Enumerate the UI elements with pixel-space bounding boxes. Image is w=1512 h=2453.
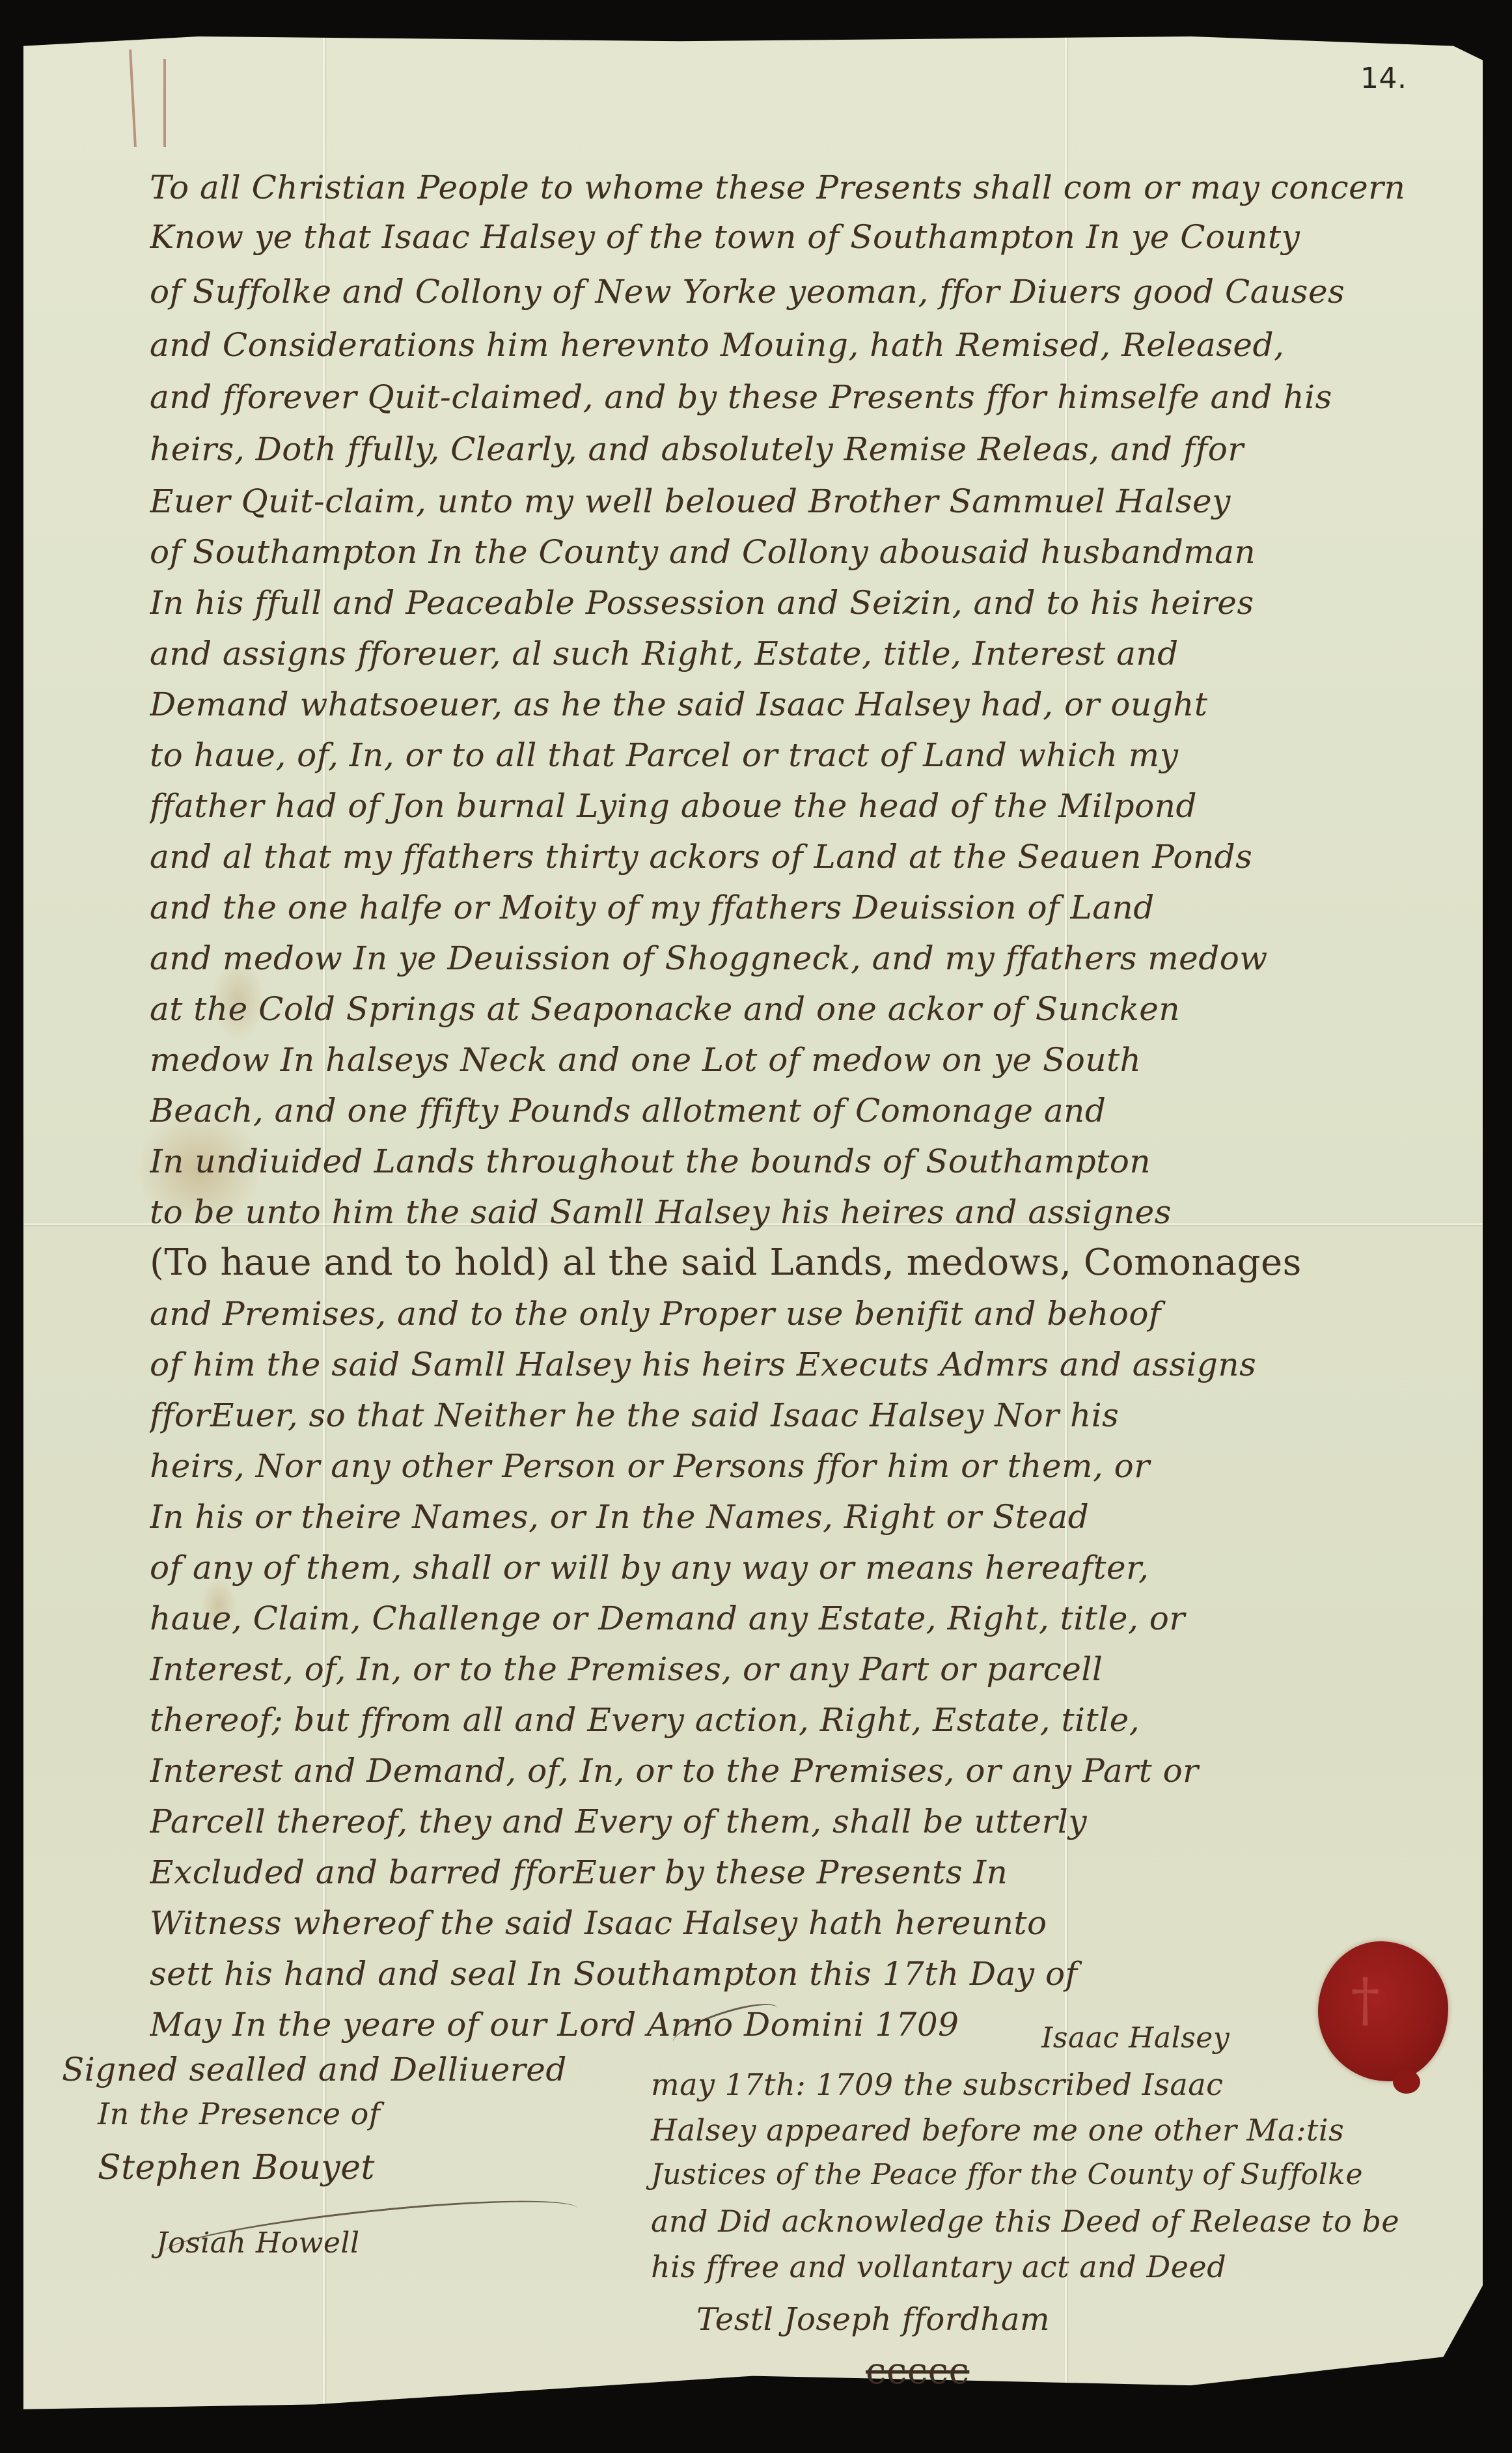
body-line: In undiuided Lands throughout the bounds…: [150, 1142, 1438, 1181]
witness-signature-stephen-bouyet: Stephen Bouyet: [98, 2148, 375, 2187]
body-line: medow In halseys Neck and one Lot of med…: [150, 1040, 1438, 1079]
habendum-clause: (To haue and to hold) al the said Lands,…: [150, 1243, 1438, 1282]
body-line: to be unto him the said Samll Halsey his…: [150, 1193, 1438, 1232]
body-line: In his ffull and Peaceable Possession an…: [150, 583, 1438, 622]
margin-rule-mark: [163, 59, 166, 147]
body-line: to haue, of, In, or to all that Parcel o…: [150, 736, 1438, 775]
body-line: Interest, of, In, or to the Premises, or…: [150, 1650, 1438, 1689]
body-line: haue, Claim, Challenge or Demand any Est…: [150, 1599, 1438, 1638]
body-line: of any of them, shall or will by any way…: [150, 1548, 1438, 1587]
attestation-signed-sealed: Signed sealled and Delliuered: [62, 2051, 567, 2088]
body-line: and al that my ffathers thirty ackors of…: [150, 837, 1438, 876]
body-line: and Considerations him herevnto Mouing, …: [150, 326, 1438, 365]
body-line: of Suffolke and Collony of New Yorke yeo…: [150, 272, 1438, 311]
body-line: Demand whatsoeuer, as he the said Isaac …: [150, 685, 1438, 724]
body-line: at the Cold Springs at Seaponacke and on…: [150, 990, 1438, 1029]
body-line: and the one halfe or Moity of my ffather…: [150, 888, 1438, 927]
body-line: Know ye that Isaac Halsey of the town of…: [150, 217, 1438, 256]
seal-drip: [1393, 2070, 1420, 2094]
folio-number: 14.: [1360, 62, 1407, 95]
justice-signature-joseph-fordham: Testl Joseph ffordham: [696, 2301, 1050, 2338]
acknowledgment-line: Justices of the Peace ffor the County of…: [651, 2158, 1363, 2191]
body-line: In his or theire Names, or In the Names,…: [150, 1497, 1438, 1536]
seal-impression-icon: †: [1351, 1966, 1380, 2034]
acknowledgment-line: his ffree and vollantary act and Deed: [651, 2249, 1226, 2284]
body-line: To all Christian People to whome these P…: [150, 168, 1438, 207]
body-line: Witness whereof the said Isaac Halsey ha…: [150, 1904, 1438, 1943]
margin-rule-mark: [129, 49, 137, 147]
body-line: Parcell thereof, they and Every of them,…: [150, 1802, 1438, 1841]
body-line: sett his hand and seal In Southampton th…: [150, 1954, 1438, 1993]
body-line: of him the said Samll Halsey his heirs E…: [150, 1345, 1438, 1384]
body-line: fforEuer, so that Neither he the said Is…: [150, 1396, 1438, 1435]
body-line: and medow In ye Deuission of Shoggneck, …: [150, 939, 1438, 978]
witness-signature-josiah-howell: Josiah Howell: [156, 2226, 360, 2260]
acknowledgment-line: Halsey appeared before me one other Ma:t…: [651, 2113, 1344, 2148]
body-line: ffather had of Jon burnal Lying aboue th…: [150, 786, 1438, 825]
attestation-presence: In the Presence of: [98, 2096, 380, 2131]
body-line: thereof; but ffrom all and Every action,…: [150, 1700, 1438, 1739]
body-line: and fforever Quit-claimed, and by these …: [150, 378, 1438, 417]
grantor-signature-isaac-halsey: Isaac Halsey: [1041, 2021, 1230, 2055]
body-line: heirs, Doth ffully, Clearly, and absolut…: [150, 430, 1438, 469]
body-line: May In the yeare of our Lord Anno Domini…: [150, 2005, 1438, 2044]
body-line: Interest and Demand, of, In, or to the P…: [150, 1751, 1438, 1790]
body-line: Excluded and barred fforEuer by these Pr…: [150, 1853, 1438, 1892]
red-wax-seal: [1318, 1941, 1448, 2081]
body-line: of Southampton In the County and Collony…: [150, 533, 1438, 572]
acknowledgment-line: may 17th: 1709 the subscribed Isaac: [651, 2067, 1223, 2102]
body-line: Beach, and one ffifty Pounds allotment o…: [150, 1091, 1438, 1130]
body-line: Euer Quit-claim, unto my well beloued Br…: [150, 482, 1438, 521]
signature-flourish-marks: ccccc: [866, 2350, 969, 2392]
body-line: heirs, Nor any other Person or Persons f…: [150, 1447, 1438, 1486]
body-line: and assigns fforeuer, al such Right, Est…: [150, 634, 1438, 673]
body-line: and Premises, and to the only Proper use…: [150, 1294, 1438, 1333]
acknowledgment-line: and Did acknowledge this Deed of Release…: [651, 2204, 1399, 2239]
